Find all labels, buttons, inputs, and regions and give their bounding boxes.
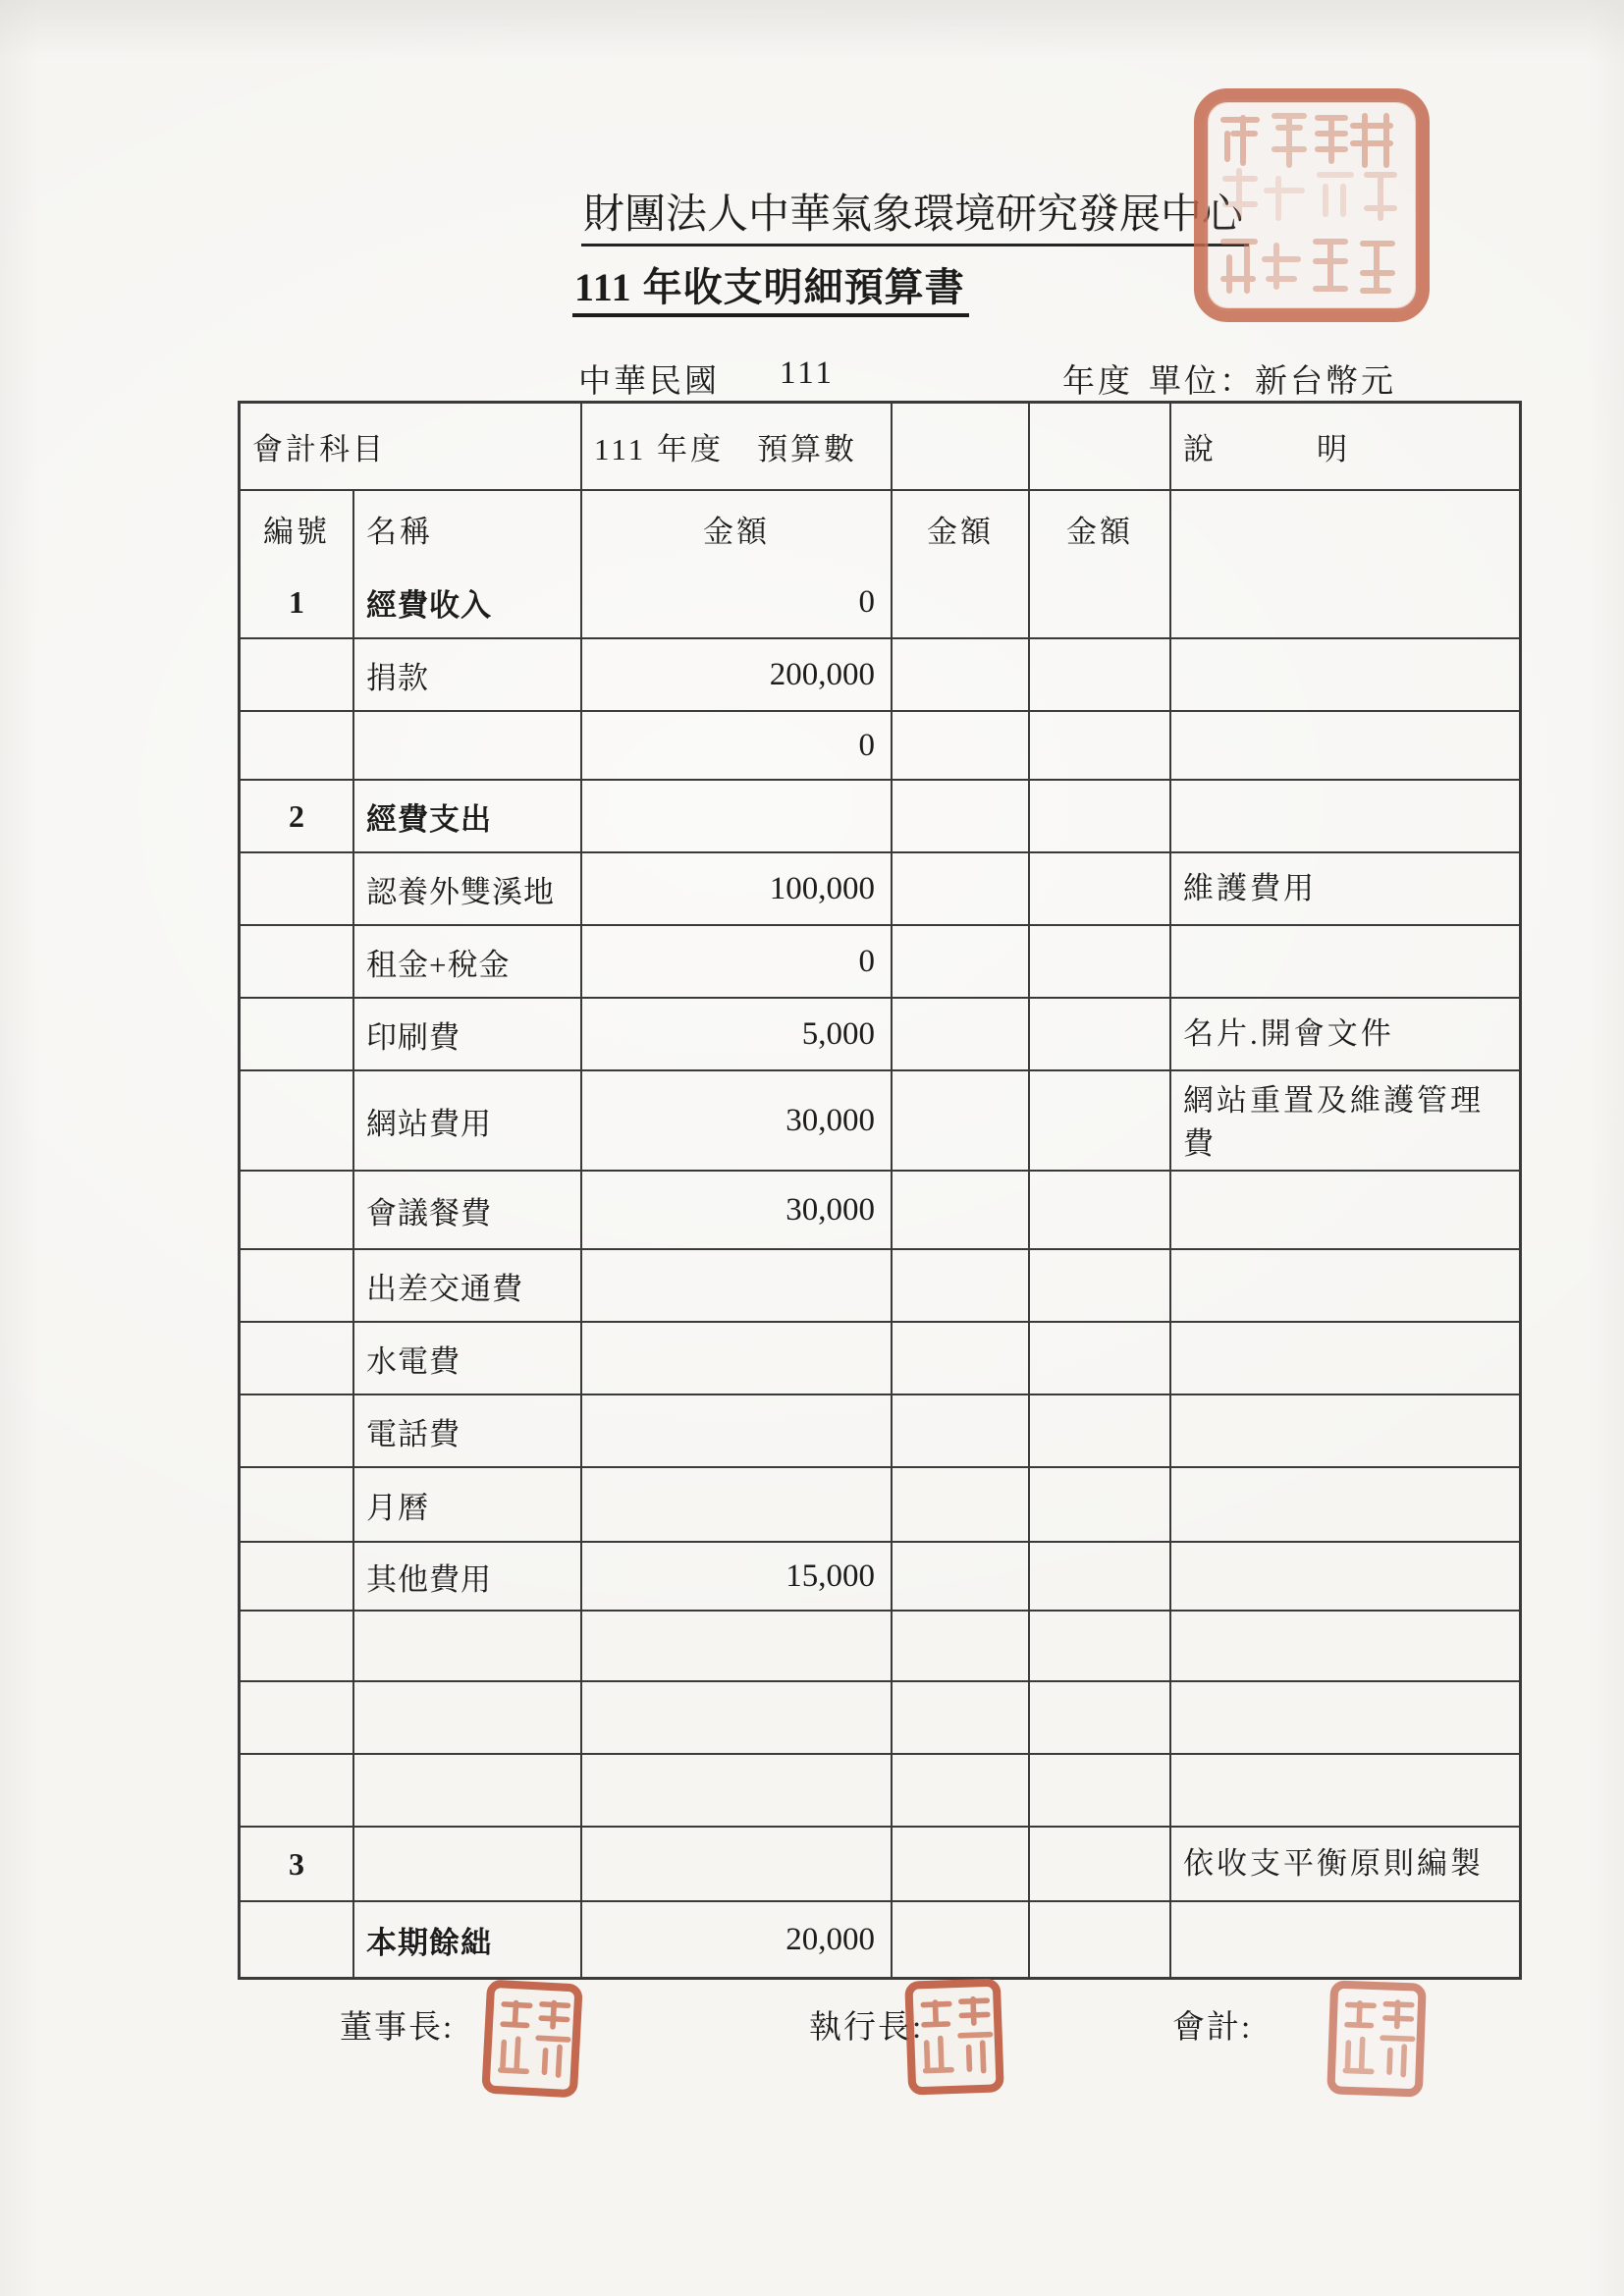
item-name-cell: 認養外雙溪地: [352, 853, 580, 924]
table-row: 捐款200,000: [241, 637, 1519, 710]
item-name-cell: 其他費用: [352, 1543, 580, 1610]
table-row: 月曆: [241, 1466, 1519, 1541]
note-cell: [1169, 567, 1519, 637]
empty-header-cell: [891, 404, 1028, 489]
amount3-cell: [1028, 1250, 1169, 1321]
table-row: 印刷費5,000名片.開會文件: [241, 997, 1519, 1069]
amount3-cell: [1028, 1902, 1169, 1977]
table-header-row-2: 編號 名稱 金額 金額 金額: [241, 489, 1519, 567]
table-row: 認養外雙溪地100,000維護費用: [241, 851, 1519, 924]
note-cell: [1169, 1612, 1519, 1680]
item-name-cell: 本期餘絀: [352, 1902, 580, 1977]
row-number-cell: [241, 1468, 352, 1541]
amount2-cell: [891, 567, 1028, 637]
amount3-cell: [1028, 712, 1169, 779]
note-cell: [1169, 1543, 1519, 1610]
era-line: 中華民國 111 年度 單位：新台幣元: [0, 355, 1624, 399]
row-number-cell: 2: [241, 781, 352, 851]
name-column-header-cell: 名稱: [352, 491, 580, 567]
amount3-cell: [1028, 781, 1169, 851]
row-number-cell: [241, 853, 352, 924]
amount2-cell: [891, 1828, 1028, 1900]
row-number-cell: 3: [241, 1828, 352, 1900]
amount3-cell: [1028, 1543, 1169, 1610]
amount-cell: 30,000: [580, 1071, 891, 1170]
chairman-seal-stamp: [478, 1977, 586, 2100]
amount3-cell: [1028, 1755, 1169, 1826]
item-name-cell: 印刷費: [352, 999, 580, 1069]
amount-cell: [580, 1828, 891, 1900]
amount2-cell: [891, 1323, 1028, 1394]
table-row: 水電費: [241, 1321, 1519, 1394]
amount2-cell: [891, 1543, 1028, 1610]
amount3-cell: [1028, 1468, 1169, 1541]
row-number-cell: [241, 1172, 352, 1248]
amount3-cell: [1028, 1828, 1169, 1900]
row-number-cell: [241, 1612, 352, 1680]
amount2-cell: [891, 712, 1028, 779]
row-number-cell: [241, 1395, 352, 1466]
amount-cell: 0: [580, 712, 891, 779]
note-cell: [1169, 1682, 1519, 1753]
item-name-cell: 租金+稅金: [352, 926, 580, 997]
amount-cell: 30,000: [580, 1172, 891, 1248]
row-number-cell: [241, 1682, 352, 1753]
table-row: 0: [241, 710, 1519, 779]
document-title: 111 年收支明細預算書: [572, 266, 969, 317]
empty-header-cell: [1169, 491, 1519, 567]
row-number-cell: [241, 999, 352, 1069]
item-name-cell: 捐款: [352, 639, 580, 710]
row-number-cell: 1: [241, 567, 352, 637]
amount2-cell: [891, 999, 1028, 1069]
amount2-cell: [891, 639, 1028, 710]
amount-cell: [580, 1468, 891, 1541]
era-year-suffix: 年度: [1062, 355, 1133, 402]
amount2-cell: [891, 1250, 1028, 1321]
table-row: 本期餘絀20,000: [241, 1900, 1519, 1977]
note-cell: [1169, 926, 1519, 997]
note-cell: [1169, 1250, 1519, 1321]
amount2-cell: [891, 1071, 1028, 1170]
item-name-cell: [352, 1755, 580, 1826]
scanned-budget-document: 財團法人中華氣象環境研究發展中心 111 年收支明細預算書 中華民國 111 年…: [0, 0, 1624, 2296]
item-name-cell: 電話費: [352, 1395, 580, 1466]
note-cell: [1169, 781, 1519, 851]
year-budget-header-cell: 111 年度 預算數: [580, 404, 891, 489]
amount-cell: 100,000: [580, 853, 891, 924]
item-name-cell: [352, 1682, 580, 1753]
table-row: 其他費用15,000: [241, 1541, 1519, 1610]
amount-cell: [580, 1250, 891, 1321]
item-name-cell: [352, 1828, 580, 1900]
table-row: 2經費支出: [241, 779, 1519, 851]
table-row: 會議餐費30,000: [241, 1170, 1519, 1248]
amount-cell: 20,000: [580, 1902, 891, 1977]
amount3-cell: [1028, 1682, 1169, 1753]
row-number-cell: [241, 1250, 352, 1321]
row-number-cell: [241, 1543, 352, 1610]
amount-cell: [580, 1323, 891, 1394]
amount2-cell: [891, 1682, 1028, 1753]
row-number-cell: [241, 639, 352, 710]
currency-unit-label: 單位：新台幣元: [1149, 355, 1396, 402]
table-row: 租金+稅金0: [241, 924, 1519, 997]
table-body: 1經費收入0捐款200,00002經費支出認養外雙溪地100,000維護費用租金…: [241, 567, 1519, 1977]
amount-cell: [580, 1612, 891, 1680]
amount3-cell: [1028, 567, 1169, 637]
amount3-cell: [1028, 926, 1169, 997]
chairman-label: 董事長:: [340, 2001, 454, 2048]
note-cell: [1169, 712, 1519, 779]
item-name-cell: 經費支出: [352, 781, 580, 851]
table-row: 3依收支平衡原則編製: [241, 1826, 1519, 1900]
note-cell: [1169, 639, 1519, 710]
amount2-cell: [891, 1755, 1028, 1826]
id-column-header-cell: 編號: [241, 491, 352, 567]
note-cell: [1169, 1172, 1519, 1248]
row-number-cell: [241, 1071, 352, 1170]
item-name-cell: 出差交通費: [352, 1250, 580, 1321]
item-name-cell: 月曆: [352, 1468, 580, 1541]
table-row: 網站費用30,000網站重置及維護管理費: [241, 1069, 1519, 1170]
table-row: [241, 1753, 1519, 1826]
amount3-cell: [1028, 1323, 1169, 1394]
amount2-cell: [891, 1468, 1028, 1541]
amount3-cell: [1028, 1071, 1169, 1170]
amount3-cell: [1028, 853, 1169, 924]
amount2-cell: [891, 853, 1028, 924]
era-country: 中華民國: [578, 355, 720, 402]
amount3-cell: [1028, 999, 1169, 1069]
table-row: [241, 1680, 1519, 1753]
note-cell: 名片.開會文件: [1169, 999, 1519, 1069]
amount-column-header-cell: 金額: [1028, 491, 1169, 567]
amount-cell: [580, 1395, 891, 1466]
note-header-cell: 說 明: [1169, 404, 1519, 489]
table-row: 1經費收入0: [241, 567, 1519, 637]
row-number-cell: [241, 1902, 352, 1977]
row-number-cell: [241, 1323, 352, 1394]
budget-table: 會計科目 111 年度 預算數 說 明 編號 名稱 金額 金額 金額 1經費收入…: [238, 401, 1522, 1980]
amount-cell: [580, 781, 891, 851]
amount2-cell: [891, 1612, 1028, 1680]
note-cell: [1169, 1468, 1519, 1541]
amount2-cell: [891, 1395, 1028, 1466]
ceo-seal-stamp: [901, 1976, 1007, 2098]
amount2-cell: [891, 1172, 1028, 1248]
empty-header-cell: [1028, 404, 1169, 489]
account-subject-header-cell: 會計科目: [241, 404, 580, 489]
accountant-label: 會計:: [1172, 2001, 1252, 2048]
row-number-cell: [241, 1755, 352, 1826]
amount3-cell: [1028, 1612, 1169, 1680]
note-cell: 網站重置及維護管理費: [1169, 1071, 1519, 1170]
organization-title: 財團法人中華氣象環境研究發展中心: [581, 192, 1249, 246]
amount-cell: [580, 1755, 891, 1826]
era-year-value: 111: [780, 355, 835, 392]
amount-cell: 15,000: [580, 1543, 891, 1610]
note-cell: [1169, 1395, 1519, 1466]
table-header-row-1: 會計科目 111 年度 預算數 說 明: [241, 404, 1519, 489]
amount3-cell: [1028, 639, 1169, 710]
amount-cell: 0: [580, 926, 891, 997]
amount-column-header-cell: 金額: [580, 491, 891, 567]
table-row: [241, 1610, 1519, 1680]
note-cell: [1169, 1755, 1519, 1826]
amount2-cell: [891, 781, 1028, 851]
amount-cell: 0: [580, 567, 891, 637]
amount-cell: [580, 1682, 891, 1753]
item-name-cell: [352, 1612, 580, 1680]
note-cell: [1169, 1902, 1519, 1977]
amount3-cell: [1028, 1172, 1169, 1248]
row-number-cell: [241, 712, 352, 779]
item-name-cell: 經費收入: [352, 567, 580, 637]
amount3-cell: [1028, 1395, 1169, 1466]
item-name-cell: [352, 712, 580, 779]
amount-cell: 200,000: [580, 639, 891, 710]
amount2-cell: [891, 1902, 1028, 1977]
note-cell: [1169, 1323, 1519, 1394]
table-row: 出差交通費: [241, 1248, 1519, 1321]
note-cell: 依收支平衡原則編製: [1169, 1828, 1519, 1900]
item-name-cell: 網站費用: [352, 1071, 580, 1170]
amount-column-header-cell: 金額: [891, 491, 1028, 567]
organization-seal-stamp: [1190, 84, 1434, 328]
note-cell: 維護費用: [1169, 853, 1519, 924]
row-number-cell: [241, 926, 352, 997]
item-name-cell: 會議餐費: [352, 1172, 580, 1248]
accountant-seal-stamp: [1324, 1978, 1430, 2100]
amount-cell: 5,000: [580, 999, 891, 1069]
table-row: 電話費: [241, 1394, 1519, 1466]
amount2-cell: [891, 926, 1028, 997]
item-name-cell: 水電費: [352, 1323, 580, 1394]
